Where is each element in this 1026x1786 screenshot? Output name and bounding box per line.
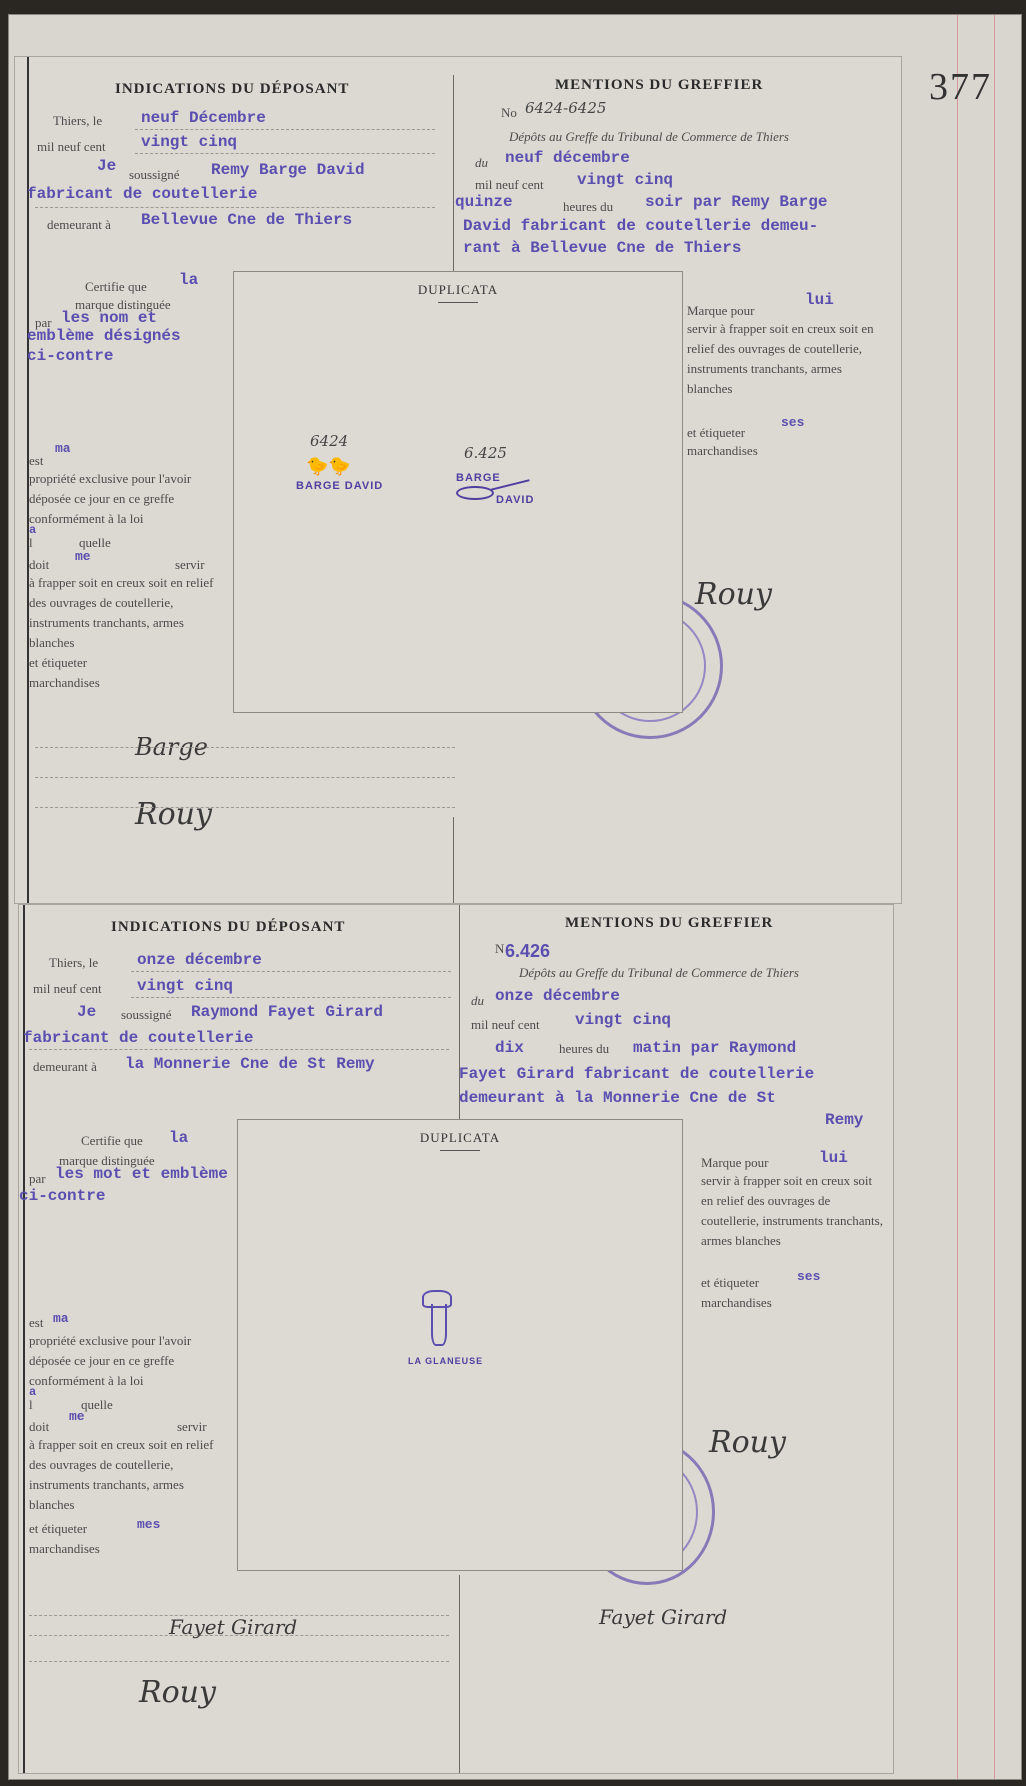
place-label: Thiers, le xyxy=(49,955,98,971)
column-divider xyxy=(453,75,454,293)
quelle-sup: a xyxy=(29,523,36,537)
duplicata-box: DUPLICATA LA GLANEUSE xyxy=(237,1119,683,1571)
est-label: est xyxy=(29,453,43,469)
certifie-value: la xyxy=(169,1129,188,1147)
no-label: No xyxy=(501,105,517,121)
quelle-sup: a xyxy=(29,1385,36,1399)
greffier-detail-3: Remy xyxy=(825,1111,863,1129)
soussigne-label: soussigné xyxy=(121,1007,172,1023)
greffier-date: neuf décembre xyxy=(505,149,630,167)
registration-number: 6424-6425 xyxy=(525,99,606,117)
depots-label: Dépôts au Greffe du Tribunal de Commerce… xyxy=(509,129,789,145)
propriete-text: propriété exclusive pour l'avoir déposée… xyxy=(29,469,229,529)
year-label: mil neuf cent xyxy=(33,981,102,997)
greffier-usage-text: servir à frapper soit en creux soit en r… xyxy=(687,319,877,399)
est-label: est xyxy=(29,1315,43,1331)
marchandises-label: marchandises xyxy=(29,1541,100,1557)
deposant-year: vingt cinq xyxy=(141,133,237,151)
quelle-prefix: l xyxy=(29,1397,33,1413)
greffier-year: vingt cinq xyxy=(577,171,673,189)
greffier-etiqueter-value: ses xyxy=(781,415,804,430)
mark-text-bottom: DAVID xyxy=(496,494,534,506)
marque-pour-value: lui xyxy=(819,1149,848,1167)
usage-text: à frapper soit en creux soit en relief d… xyxy=(29,573,229,653)
signature-greffier: Rouy xyxy=(135,797,212,832)
greffier-marchandises: marchandises xyxy=(687,443,758,459)
margin-rule xyxy=(994,15,995,1779)
par-value-1: les mot et emblème xyxy=(55,1165,228,1183)
duplicata-label: DUPLICATA xyxy=(234,282,682,298)
signature-deposant: Fayet Girard xyxy=(169,1615,297,1639)
greffier-year-label: mil neuf cent xyxy=(475,177,544,193)
marque-pour-label: Marque pour xyxy=(701,1155,769,1171)
deposant-name: Raymond Fayet Girard xyxy=(191,1003,383,1021)
deposant-occupation: fabricant de coutellerie xyxy=(23,1029,253,1047)
greffier-signature: Rouy xyxy=(709,1425,786,1460)
marchandises-label: marchandises xyxy=(29,675,100,691)
par-value-3: ci-contre xyxy=(27,347,113,365)
du-label: du xyxy=(471,993,484,1009)
depots-label: Dépôts au Greffe du Tribunal de Commerce… xyxy=(519,965,799,981)
page-number: 377 xyxy=(929,65,992,109)
par-label: par xyxy=(29,1171,46,1187)
doit-label: doit xyxy=(29,1419,49,1435)
je: Je xyxy=(77,1003,96,1021)
year-label: mil neuf cent xyxy=(37,139,106,155)
soussigne-label: soussigné xyxy=(129,167,180,183)
deposant-name: Remy Barge David xyxy=(211,161,365,179)
deposant-occupation: fabricant de coutellerie xyxy=(27,185,257,203)
greffier-year: vingt cinq xyxy=(575,1011,671,1029)
doit-label: doit xyxy=(29,557,49,573)
greffier-etiqueter-label: et étiqueter xyxy=(687,425,745,441)
greffier-hour: dix xyxy=(495,1039,524,1057)
mark-text: BARGE DAVID xyxy=(296,480,383,492)
par-value-2: emblème désignés xyxy=(27,327,181,345)
column-divider xyxy=(453,817,454,903)
deposant-heading: INDICATIONS DU DÉPOSANT xyxy=(111,919,345,936)
deposant-date: neuf Décembre xyxy=(141,109,266,127)
servir-label: servir xyxy=(175,557,205,573)
greffier-period: matin par Raymond xyxy=(633,1039,796,1057)
greffier-etiqueter-value: ses xyxy=(797,1269,820,1284)
greffier-detail-2: rant à Bellevue Cne de Thiers xyxy=(463,239,741,257)
signature-greffier: Rouy xyxy=(139,1675,216,1710)
residence-label: demeurant à xyxy=(33,1059,97,1075)
par-value-1: les nom et xyxy=(61,309,157,327)
est-value: ma xyxy=(55,441,71,456)
margin-rule xyxy=(957,15,958,1779)
quelle-label: quelle xyxy=(81,1397,113,1413)
record-card-1: INDICATIONS DU DÉPOSANT Thiers, le neuf … xyxy=(14,56,902,904)
deposant-date: onze décembre xyxy=(137,951,262,969)
column-divider xyxy=(459,905,460,1119)
greffier-heading: MENTIONS DU GREFFIER xyxy=(565,915,773,932)
servir-label: servir xyxy=(177,1419,207,1435)
greffier-signature: Rouy xyxy=(695,577,772,612)
marque-pour-label: Marque pour xyxy=(687,303,755,319)
etiqueter-label: et étiqueter xyxy=(29,1521,87,1537)
greffier-detail-1: Fayet Girard fabricant de coutellerie xyxy=(459,1065,814,1083)
greffier-etiqueter-label: et étiqueter xyxy=(701,1275,759,1291)
certifie-value: la xyxy=(179,271,198,289)
greffier-heading: MENTIONS DU GREFFIER xyxy=(555,77,763,94)
deposant-residence: la Monnerie Cne de St Remy xyxy=(125,1055,375,1073)
deposant-year: vingt cinq xyxy=(137,977,233,995)
no-label: N xyxy=(495,941,504,957)
greffier-detail-2: demeurant à la Monnerie Cne de St xyxy=(459,1089,776,1107)
duplicata-label: DUPLICATA xyxy=(238,1130,682,1146)
frying-pan-icon xyxy=(456,486,494,500)
deposant-residence: Bellevue Cne de Thiers xyxy=(141,211,352,229)
doit-value: me xyxy=(69,1409,85,1424)
certifie-label: Certifie que xyxy=(81,1133,143,1149)
greffier-deposant-signature: Fayet Girard xyxy=(599,1605,727,1629)
greffier-year-label: mil neuf cent xyxy=(471,1017,540,1033)
usage-text: à frapper soit en creux soit en relief d… xyxy=(29,1435,229,1515)
residence-label: demeurant à xyxy=(47,217,111,233)
est-value: ma xyxy=(53,1311,69,1326)
mark-text-top: BARGE xyxy=(456,472,501,484)
column-divider xyxy=(459,1575,460,1773)
doit-value: me xyxy=(75,549,91,564)
mark-number: 6424 xyxy=(310,432,348,450)
marque-pour-value: lui xyxy=(805,291,834,309)
greffier-hour: quinze xyxy=(455,193,513,211)
registration-number: 6.426 xyxy=(505,941,550,962)
etiqueter-value: mes xyxy=(137,1517,160,1532)
je: Je xyxy=(97,157,116,175)
gleaner-figure-icon xyxy=(422,1290,452,1350)
duplicata-box: DUPLICATA 6424 🐤🐤 BARGE DAVID 6.425 BARG… xyxy=(233,271,683,713)
heures-label: heures du xyxy=(563,199,613,215)
du-label: du xyxy=(475,155,488,171)
heures-label: heures du xyxy=(559,1041,609,1057)
mark-number: 6.425 xyxy=(464,444,507,462)
certifie-label: Certifie que xyxy=(85,279,147,295)
quelle-prefix: l xyxy=(29,535,33,551)
deposant-heading: INDICATIONS DU DÉPOSANT xyxy=(115,81,349,98)
two-chicks-icon: 🐤🐤 xyxy=(306,456,351,477)
propriete-text: propriété exclusive pour l'avoir déposée… xyxy=(29,1331,229,1391)
place-label: Thiers, le xyxy=(53,113,102,129)
greffier-marchandises: marchandises xyxy=(701,1295,772,1311)
greffier-detail-1: David fabricant de coutellerie demeu- xyxy=(463,217,818,235)
greffier-date: onze décembre xyxy=(495,987,620,1005)
par-value-2: ci-contre xyxy=(19,1187,105,1205)
mark-text: LA GLANEUSE xyxy=(408,1356,483,1366)
etiqueter-label: et étiqueter xyxy=(29,655,87,671)
greffier-period: soir par Remy Barge xyxy=(645,193,827,211)
record-card-2: INDICATIONS DU DÉPOSANT Thiers, le onze … xyxy=(18,904,894,1774)
greffier-usage-text: servir à frapper soit en creux soit en r… xyxy=(701,1171,887,1251)
